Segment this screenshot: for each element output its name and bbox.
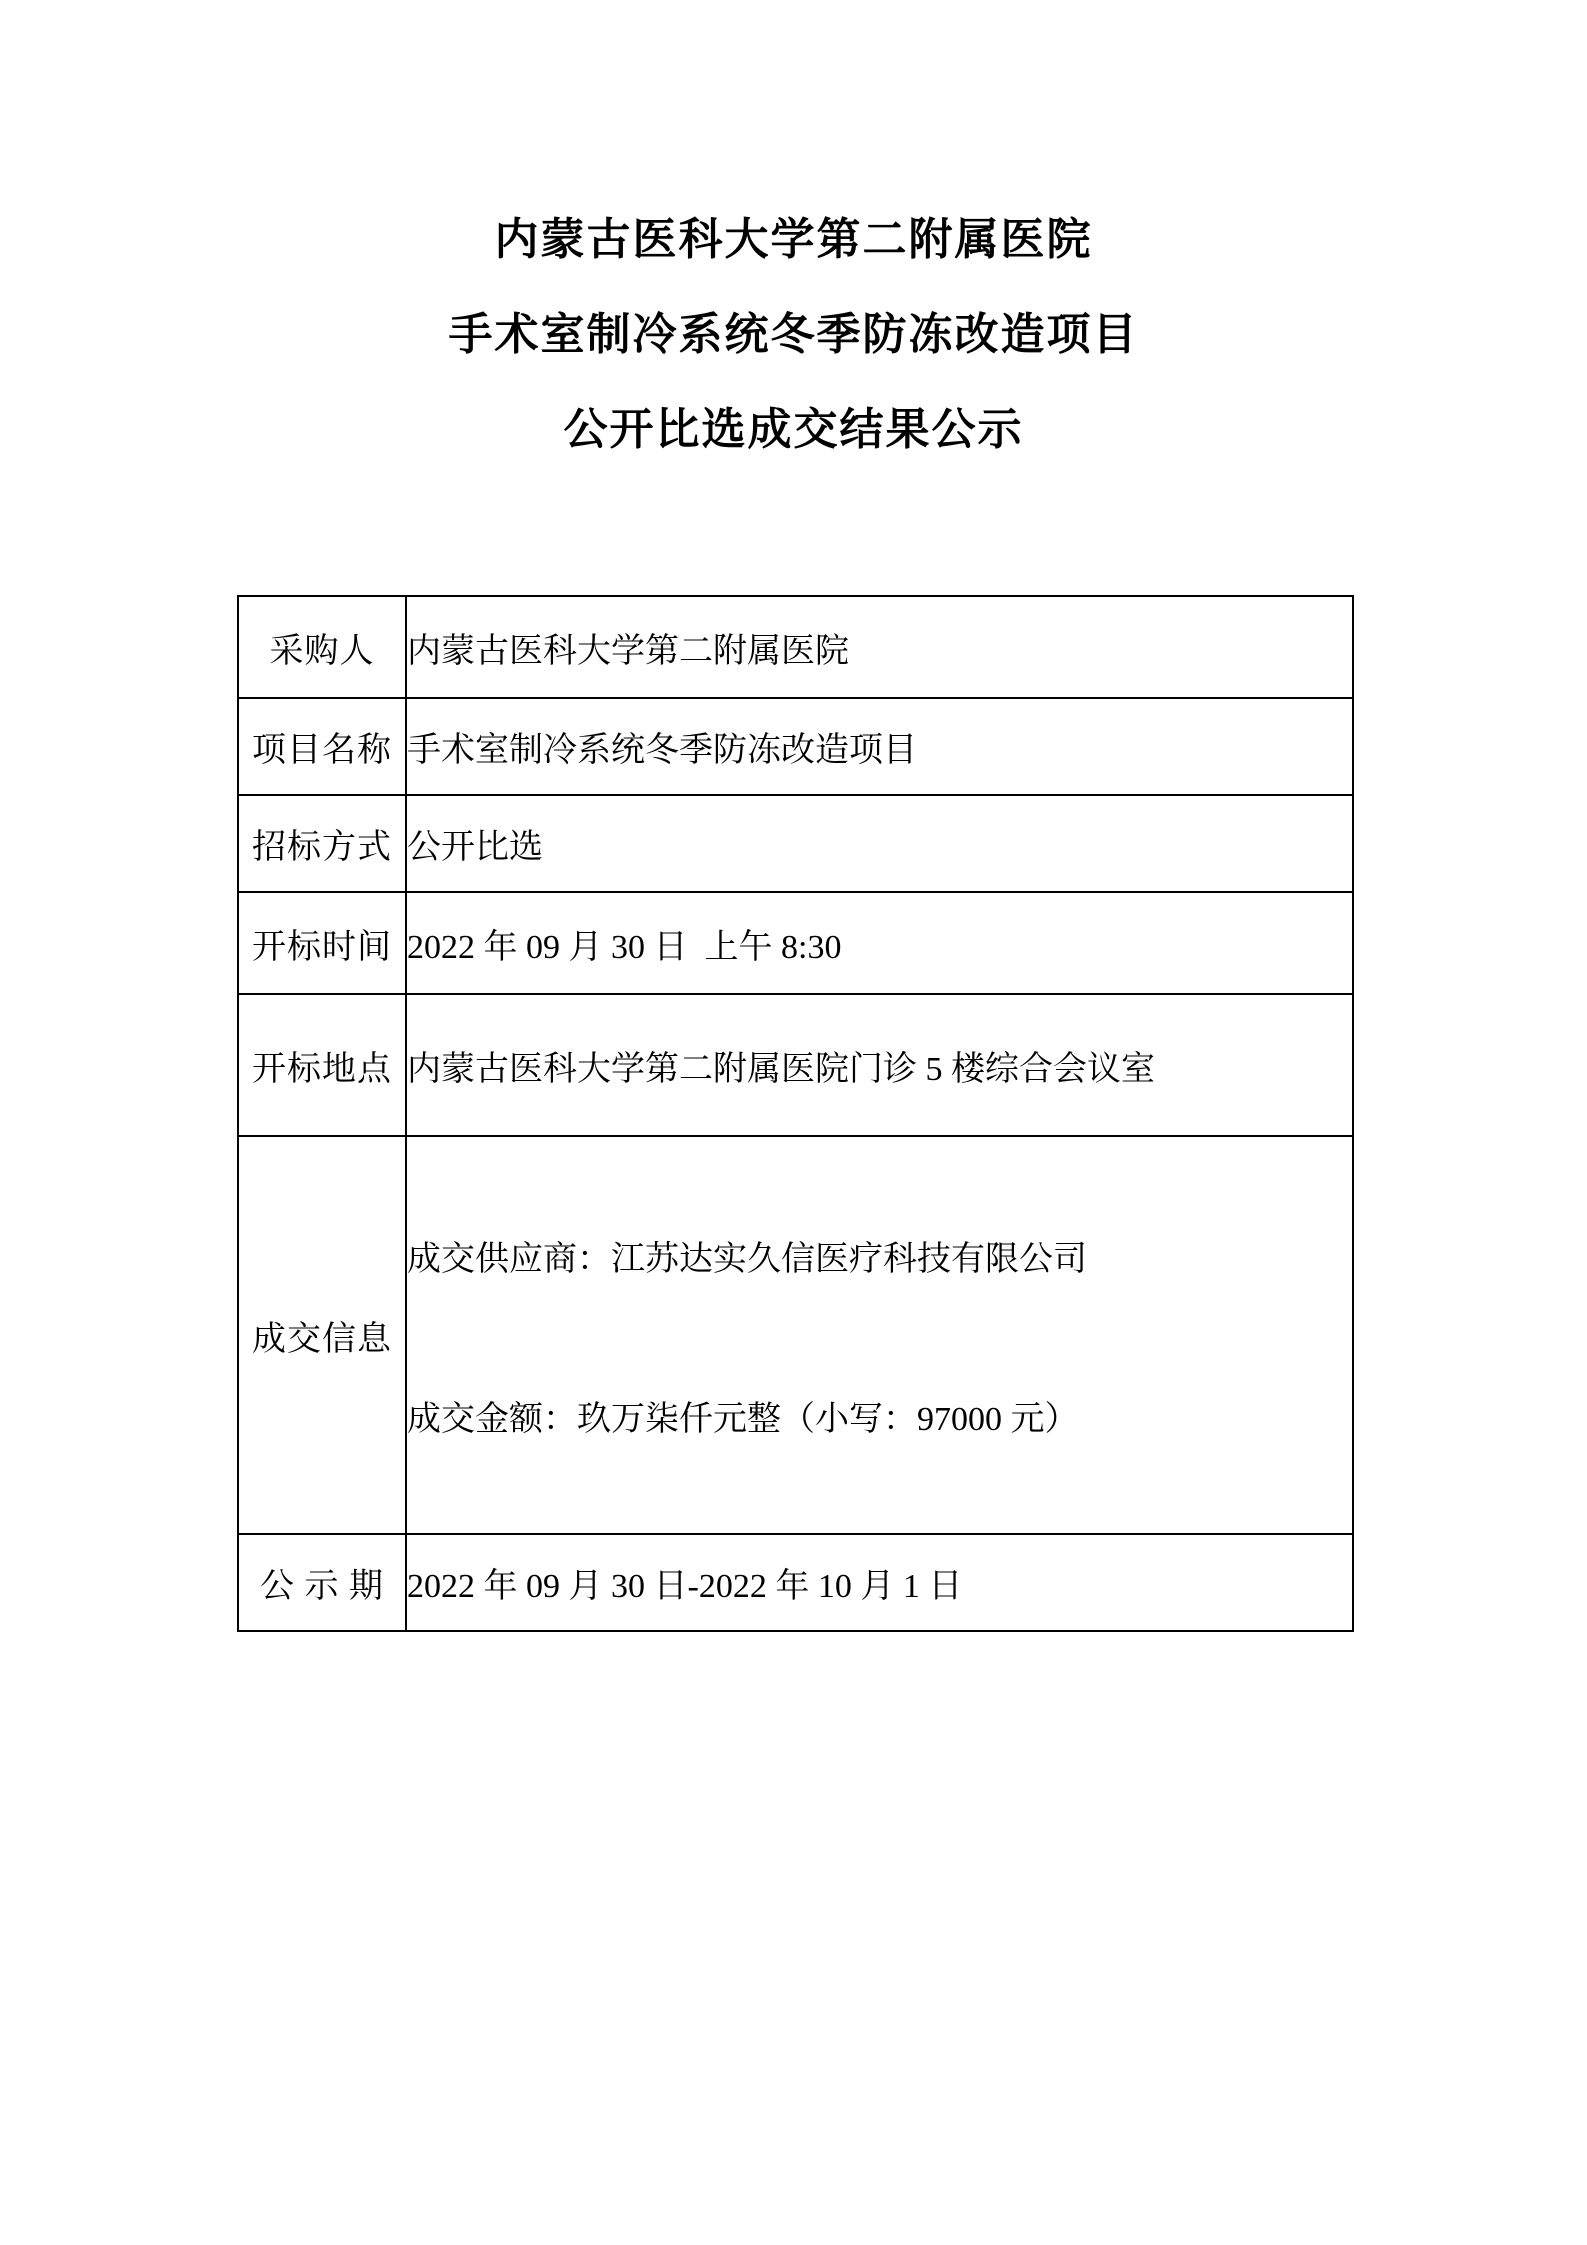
row-opening-location: 开标地点 内蒙古医科大学第二附属医院门诊 5 楼综合会议室 — [238, 994, 1353, 1136]
row-project-name: 项目名称 手术室制冷系统冬季防冻改造项目 — [238, 698, 1353, 795]
row-publicity-period: 公 示 期 2022 年 09 月 30 日-2022 年 10 月 1 日 — [238, 1534, 1353, 1631]
bidding-method-value: 公开比选 — [406, 795, 1353, 892]
title-line-announcement: 公开比选成交结果公示 — [0, 382, 1587, 477]
purchaser-value: 内蒙古医科大学第二附属医院 — [406, 596, 1353, 698]
opening-location-label: 开标地点 — [238, 994, 406, 1136]
title-line-project: 手术室制冷系统冬季防冻改造项目 — [0, 287, 1587, 382]
bidding-method-label: 招标方式 — [238, 795, 406, 892]
document-page: 内蒙古医科大学第二附属医院 手术室制冷系统冬季防冻改造项目 公开比选成交结果公示… — [0, 0, 1587, 2245]
project-name-label: 项目名称 — [238, 698, 406, 795]
project-name-value: 手术室制冷系统冬季防冻改造项目 — [406, 698, 1353, 795]
title-line-hospital: 内蒙古医科大学第二附属医院 — [0, 192, 1587, 287]
award-amount-line: 成交金额：玖万柒仟元整（小写：97000 元） — [407, 1373, 1352, 1457]
row-award-info: 成交信息 成交供应商：江苏达实久信医疗科技有限公司 成交金额：玖万柒仟元整（小写… — [238, 1136, 1353, 1534]
opening-time-label: 开标时间 — [238, 892, 406, 994]
publicity-period-label: 公 示 期 — [238, 1534, 406, 1631]
document-title: 内蒙古医科大学第二附属医院 手术室制冷系统冬季防冻改造项目 公开比选成交结果公示 — [0, 192, 1587, 477]
opening-location-value: 内蒙古医科大学第二附属医院门诊 5 楼综合会议室 — [406, 994, 1353, 1136]
row-opening-time: 开标时间 2022 年 09 月 30 日 上午 8:30 — [238, 892, 1353, 994]
publicity-period-value: 2022 年 09 月 30 日-2022 年 10 月 1 日 — [406, 1534, 1353, 1631]
award-info-label: 成交信息 — [238, 1136, 406, 1534]
award-info-value: 成交供应商：江苏达实久信医疗科技有限公司 成交金额：玖万柒仟元整（小写：9700… — [406, 1136, 1353, 1534]
opening-time-value: 2022 年 09 月 30 日 上午 8:30 — [406, 892, 1353, 994]
row-purchaser: 采购人 内蒙古医科大学第二附属医院 — [238, 596, 1353, 698]
bid-result-table: 采购人 内蒙古医科大学第二附属医院 项目名称 手术室制冷系统冬季防冻改造项目 招… — [237, 595, 1354, 1632]
purchaser-label: 采购人 — [238, 596, 406, 698]
award-supplier-line: 成交供应商：江苏达实久信医疗科技有限公司 — [407, 1213, 1352, 1297]
row-bidding-method: 招标方式 公开比选 — [238, 795, 1353, 892]
